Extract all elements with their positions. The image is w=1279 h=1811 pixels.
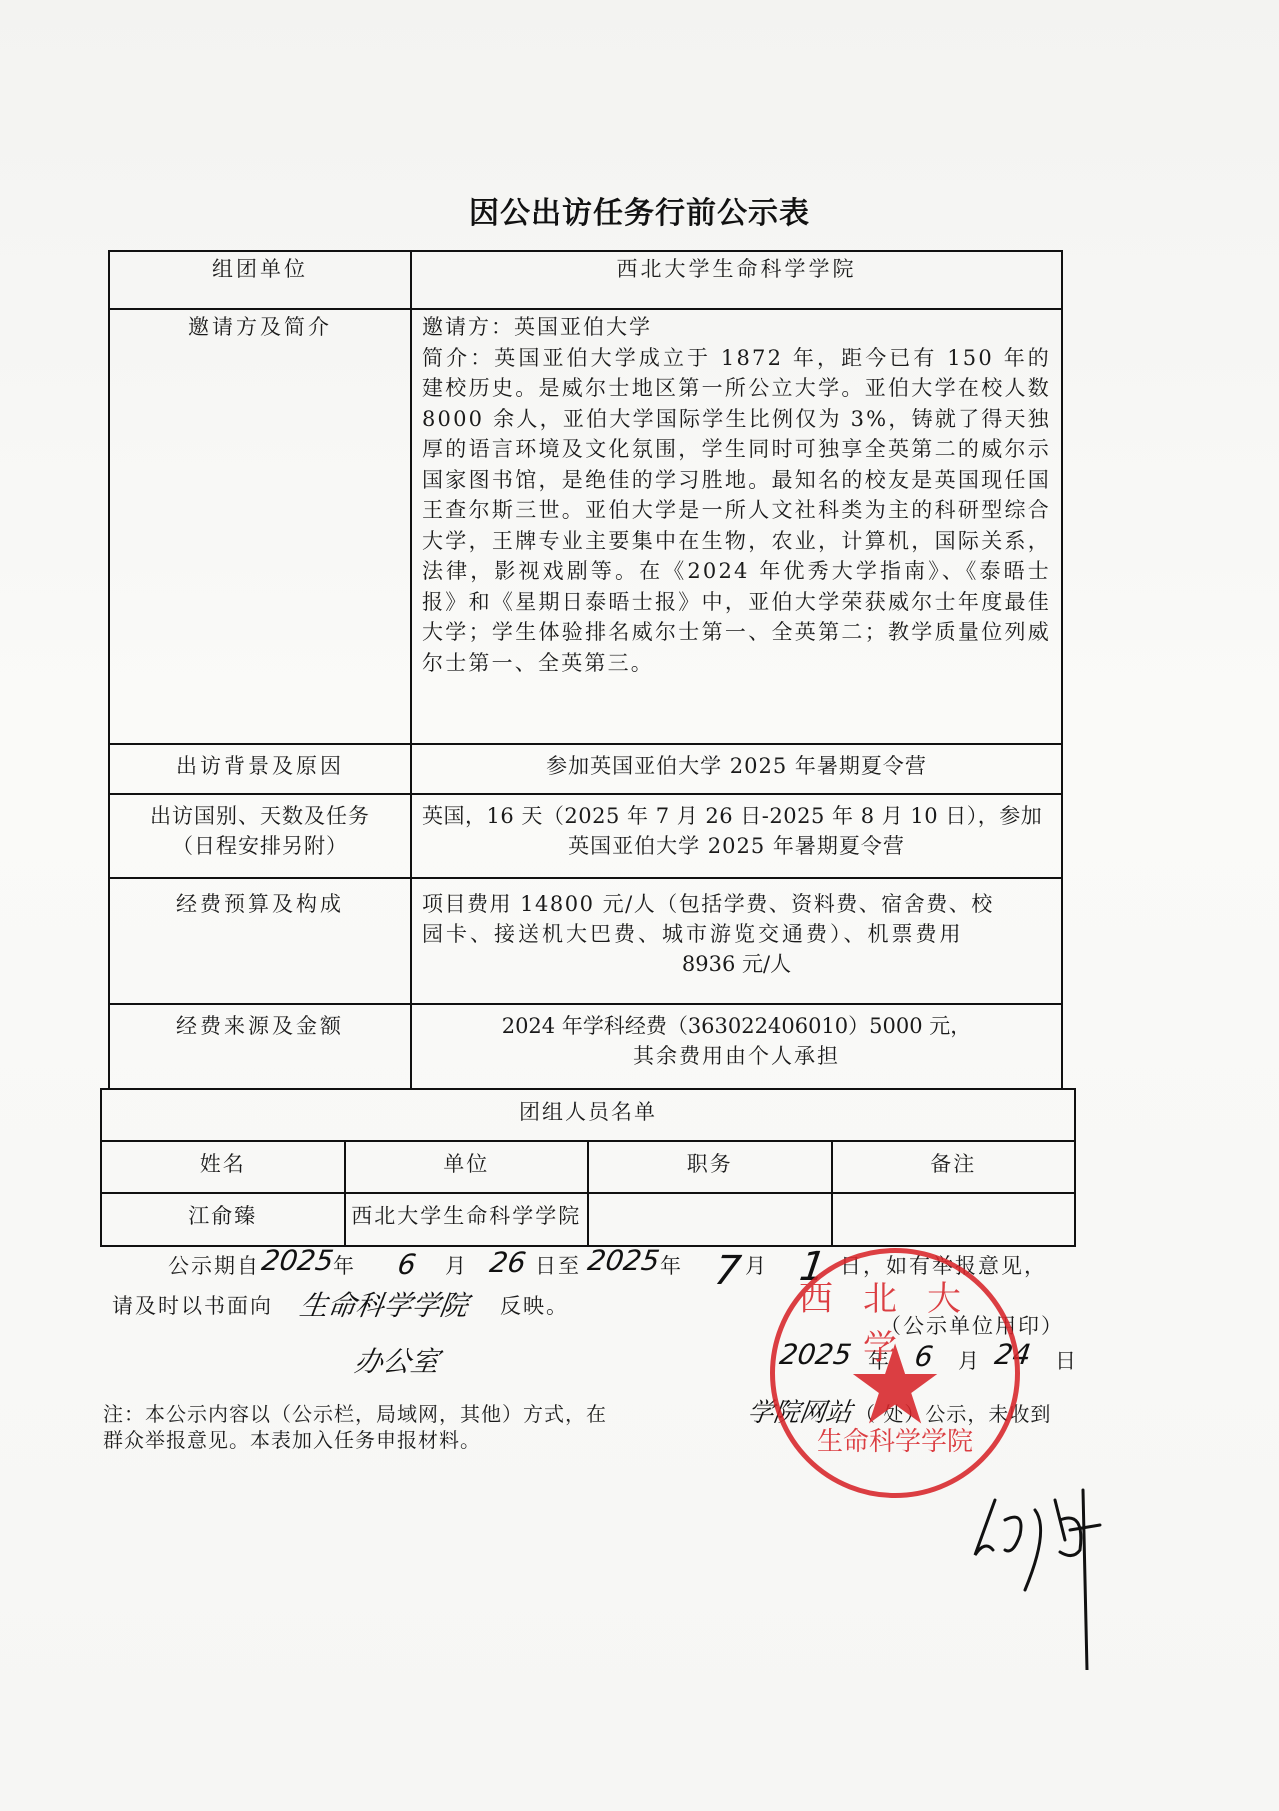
value-budget: 项目费用 14800 元/人（包括学费、资料费、宿舍费、校 园卡、接送机大巴费、… (411, 878, 1062, 1004)
report-prefix: 请及时以书面向 (112, 1290, 273, 1320)
member-position (588, 1193, 832, 1246)
info-table: 组团单位 西北大学生命科学学院 邀请方及简介 邀请方：英国亚伯大学 简介：英国亚… (108, 250, 1063, 1090)
value-funding-line1: 2024 年学科经费（363022406010）5000 元， (422, 1011, 1051, 1041)
sign-day-label: 日 (1055, 1345, 1078, 1375)
value-country-days-line2: 英国亚伯大学 2025 年暑期夏令营 (422, 831, 1051, 861)
value-funding-line2: 其余费用由个人承担 (422, 1041, 1051, 1071)
label-funding: 经费来源及金额 (109, 1004, 411, 1089)
official-seal: 西北大学 ★ 生命科学学院 (770, 1248, 1020, 1498)
header-remarks: 备注 (832, 1141, 1076, 1193)
handwritten-start-month: 6 (396, 1248, 418, 1281)
label-background: 出访背景及原因 (109, 744, 411, 794)
member-remarks (832, 1193, 1076, 1246)
member-name: 江俞臻 (101, 1193, 345, 1246)
period-prefix: 公示期自 (168, 1250, 260, 1280)
label-country-days-line1: 出访国别、天数及任务 (110, 801, 410, 831)
note-line1-a: 注：本公示内容以（公示栏，局域网，其他）方式，在 (103, 1398, 607, 1427)
label-inviter: 邀请方及简介 (109, 309, 411, 744)
label-budget: 经费预算及构成 (109, 878, 411, 1004)
members-header-row: 姓名 单位 职务 备注 (101, 1141, 1075, 1193)
label-country-days-line2: （日程安排另附） (110, 831, 410, 861)
row-inviter: 邀请方及简介 邀请方：英国亚伯大学 简介：英国亚伯大学成立于 1872 年，距今… (109, 309, 1062, 744)
row-budget: 经费预算及构成 项目费用 14800 元/人（包括学费、资料费、宿舍费、校 园卡… (109, 878, 1062, 1004)
day-to-label: 日至 (535, 1250, 581, 1280)
inviter-intro: 简介：英国亚伯大学成立于 1872 年，距今已有 150 年的建校历史。是威尔士… (422, 343, 1051, 679)
signature-icon (965, 1480, 1125, 1670)
handwritten-end-month: 7 (712, 1248, 744, 1294)
end-year-label: 年 (660, 1250, 683, 1280)
value-country-days-line1: 英国，16 天（2025 年 7 月 26 日-2025 年 8 月 10 日）… (422, 801, 1051, 831)
label-group-unit: 组团单位 (109, 251, 411, 309)
handwritten-start-year: 2025 (260, 1244, 336, 1277)
handwritten-report-unit: 生命科学学院 (297, 1284, 471, 1324)
member-unit: 西北大学生命科学学院 (345, 1193, 589, 1246)
handwritten-start-day: 26 (488, 1246, 528, 1279)
value-funding: 2024 年学科经费（363022406010）5000 元， 其余费用由个人承… (411, 1004, 1062, 1089)
document-page: 因公出访任务行前公示表 组团单位 西北大学生命科学学院 邀请方及简介 邀请方：英… (0, 0, 1279, 1811)
document-title: 因公出访任务行前公示表 (0, 188, 1279, 232)
row-country-days: 出访国别、天数及任务 （日程安排另附） 英国，16 天（2025 年 7 月 2… (109, 794, 1062, 878)
inviter-name: 邀请方：英国亚伯大学 (422, 312, 1051, 343)
value-background: 参加英国亚伯大学 2025 年暑期夏令营 (411, 744, 1062, 794)
start-year-label: 年 (333, 1250, 356, 1280)
handwritten-end-year: 2025 (586, 1244, 662, 1277)
note-line2: 群众举报意见。本表加入任务申报材料。 (103, 1424, 481, 1453)
members-section-header: 团组人员名单 (101, 1089, 1075, 1141)
members-section-title: 团组人员名单 (101, 1089, 1075, 1141)
row-group-unit: 组团单位 西北大学生命科学学院 (109, 251, 1062, 309)
row-funding: 经费来源及金额 2024 年学科经费（363022406010）5000 元， … (109, 1004, 1062, 1089)
value-group-unit: 西北大学生命科学学院 (411, 251, 1062, 309)
header-position: 职务 (588, 1141, 832, 1193)
handwritten-office: 办公室 (352, 1340, 442, 1380)
row-background: 出访背景及原因 参加英国亚伯大学 2025 年暑期夏令营 (109, 744, 1062, 794)
end-month-label: 月 (745, 1250, 768, 1280)
value-budget-line2: 园卡、接送机大巴费、城市游览交通费）、机票费用 (422, 919, 1051, 949)
value-country-days: 英国，16 天（2025 年 7 月 26 日-2025 年 8 月 10 日）… (411, 794, 1062, 878)
value-inviter: 邀请方：英国亚伯大学 简介：英国亚伯大学成立于 1872 年，距今已有 150 … (411, 309, 1062, 744)
value-budget-line3: 8936 元/人 (422, 949, 1051, 979)
members-table: 团组人员名单 姓名 单位 职务 备注 江俞臻 西北大学生命科学学院 (100, 1088, 1076, 1247)
seal-bottom-text: 生命科学学院 (775, 1421, 1015, 1458)
start-month-label: 月 (445, 1250, 468, 1280)
header-unit: 单位 (345, 1141, 589, 1193)
label-country-days: 出访国别、天数及任务 （日程安排另附） (109, 794, 411, 878)
report-suffix: 反映。 (500, 1290, 569, 1320)
star-icon: ★ (845, 1335, 945, 1435)
table-row: 江俞臻 西北大学生命科学学院 (101, 1193, 1075, 1246)
value-budget-line1: 项目费用 14800 元/人（包括学费、资料费、宿舍费、校 (422, 889, 1051, 919)
header-name: 姓名 (101, 1141, 345, 1193)
